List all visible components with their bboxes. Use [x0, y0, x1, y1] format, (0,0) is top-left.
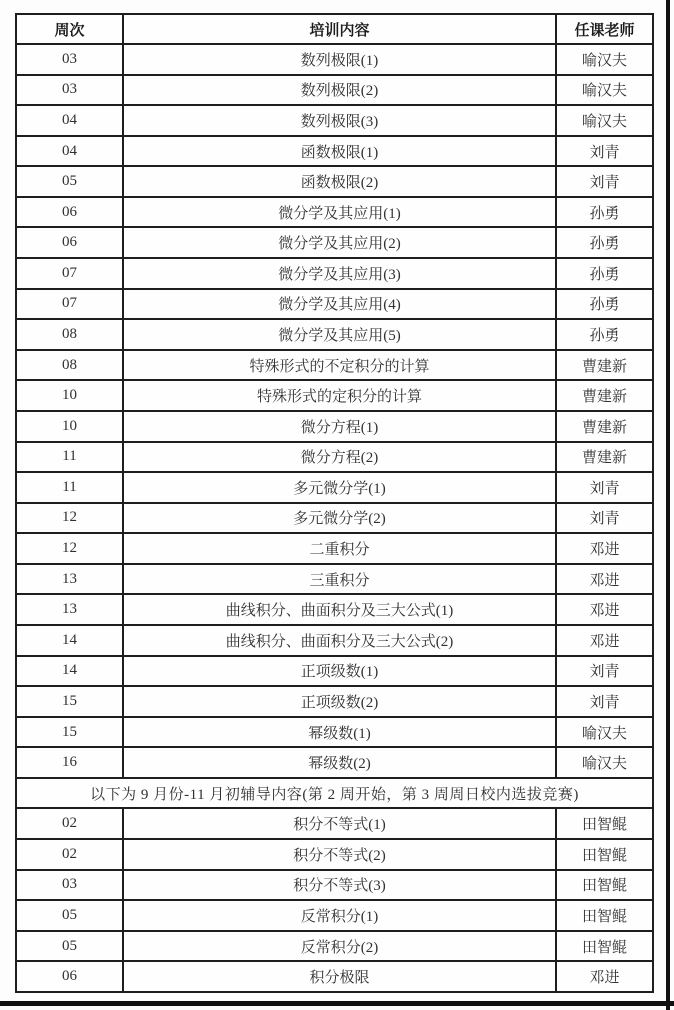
content-cell: 微分方程(1) — [123, 411, 556, 442]
content-cell: 反常积分(2) — [123, 931, 556, 962]
content-cell: 正项级数(1) — [123, 656, 556, 687]
week-cell: 13 — [16, 564, 123, 595]
content-cell: 微分学及其应用(3) — [123, 258, 556, 289]
week-cell: 13 — [16, 594, 123, 625]
teacher-cell: 刘青 — [556, 503, 653, 534]
table-row: 16幂级数(2)喻汉夫 — [16, 747, 653, 778]
schedule-table-body: 03数列极限(1)喻汉夫03数列极限(2)喻汉夫04数列极限(3)喻汉夫04函数… — [16, 44, 653, 992]
scanned-schedule-page: 周次 培训内容 任课老师 03数列极限(1)喻汉夫03数列极限(2)喻汉夫04数… — [0, 0, 674, 1010]
teacher-cell: 邓进 — [556, 625, 653, 656]
content-cell: 多元微分学(1) — [123, 472, 556, 503]
table-row: 11微分方程(2)曹建新 — [16, 442, 653, 473]
week-cell: 03 — [16, 75, 123, 106]
content-cell: 反常积分(1) — [123, 900, 556, 931]
teacher-cell: 刘青 — [556, 686, 653, 717]
table-row: 14曲线积分、曲面积分及三大公式(2)邓进 — [16, 625, 653, 656]
teacher-cell: 田智鲲 — [556, 808, 653, 839]
content-cell: 正项级数(2) — [123, 686, 556, 717]
week-cell: 06 — [16, 227, 123, 258]
teacher-cell: 喻汉夫 — [556, 44, 653, 75]
teacher-cell: 邓进 — [556, 961, 653, 992]
table-row: 06积分极限邓进 — [16, 961, 653, 992]
week-cell: 07 — [16, 289, 123, 320]
table-row: 12多元微分学(2)刘青 — [16, 503, 653, 534]
content-cell: 积分不等式(1) — [123, 808, 556, 839]
week-cell: 11 — [16, 472, 123, 503]
table-row: 03积分不等式(3)田智鲲 — [16, 870, 653, 901]
week-cell: 14 — [16, 625, 123, 656]
week-cell: 05 — [16, 166, 123, 197]
table-row: 13曲线积分、曲面积分及三大公式(1)邓进 — [16, 594, 653, 625]
table-row: 03数列极限(2)喻汉夫 — [16, 75, 653, 106]
week-cell: 06 — [16, 961, 123, 992]
week-cell: 12 — [16, 503, 123, 534]
content-cell: 数列极限(3) — [123, 105, 556, 136]
content-cell: 微分学及其应用(4) — [123, 289, 556, 320]
week-cell: 12 — [16, 533, 123, 564]
teacher-cell: 曹建新 — [556, 380, 653, 411]
table-row: 04函数极限(1)刘青 — [16, 136, 653, 167]
teacher-cell: 田智鲲 — [556, 870, 653, 901]
week-cell: 15 — [16, 686, 123, 717]
content-cell: 数列极限(1) — [123, 44, 556, 75]
teacher-cell: 喻汉夫 — [556, 747, 653, 778]
week-cell: 04 — [16, 136, 123, 167]
content-cell: 特殊形式的定积分的计算 — [123, 380, 556, 411]
table-row: 15幂级数(1)喻汉夫 — [16, 717, 653, 748]
section-note-text: 以下为 9 月份-11 月初辅导内容(第 2 周开始，第 3 周周日校内选拔竞赛… — [16, 778, 653, 809]
content-cell: 二重积分 — [123, 533, 556, 564]
week-cell: 11 — [16, 442, 123, 473]
table-row: 04数列极限(3)喻汉夫 — [16, 105, 653, 136]
week-cell: 02 — [16, 839, 123, 870]
content-cell: 微分学及其应用(5) — [123, 319, 556, 350]
table-row: 02积分不等式(2)田智鲲 — [16, 839, 653, 870]
teacher-cell: 邓进 — [556, 594, 653, 625]
table-row: 07微分学及其应用(3)孙勇 — [16, 258, 653, 289]
week-cell: 10 — [16, 411, 123, 442]
page-edge-right-line — [666, 0, 670, 1010]
content-cell: 微分方程(2) — [123, 442, 556, 473]
header-row: 周次 培训内容 任课老师 — [16, 14, 653, 44]
content-cell: 特殊形式的不定积分的计算 — [123, 350, 556, 381]
content-cell: 积分不等式(2) — [123, 839, 556, 870]
teacher-cell: 刘青 — [556, 472, 653, 503]
teacher-cell: 田智鲲 — [556, 900, 653, 931]
table-row: 13三重积分邓进 — [16, 564, 653, 595]
teacher-cell: 喻汉夫 — [556, 717, 653, 748]
week-cell: 15 — [16, 717, 123, 748]
table-row: 03数列极限(1)喻汉夫 — [16, 44, 653, 75]
table-row: 05函数极限(2)刘青 — [16, 166, 653, 197]
table-row: 07微分学及其应用(4)孙勇 — [16, 289, 653, 320]
content-cell: 多元微分学(2) — [123, 503, 556, 534]
table-row: 14正项级数(1)刘青 — [16, 656, 653, 687]
header-week: 周次 — [16, 14, 123, 44]
week-cell: 03 — [16, 44, 123, 75]
table-row: 02积分不等式(1)田智鲲 — [16, 808, 653, 839]
table-row: 06微分学及其应用(2)孙勇 — [16, 227, 653, 258]
teacher-cell: 田智鲲 — [556, 931, 653, 962]
content-cell: 曲线积分、曲面积分及三大公式(1) — [123, 594, 556, 625]
teacher-cell: 邓进 — [556, 564, 653, 595]
teacher-cell: 孙勇 — [556, 197, 653, 228]
table-row: 15正项级数(2)刘青 — [16, 686, 653, 717]
table-row: 10特殊形式的定积分的计算曹建新 — [16, 380, 653, 411]
table-row: 12二重积分邓进 — [16, 533, 653, 564]
week-cell: 16 — [16, 747, 123, 778]
schedule-table-header: 周次 培训内容 任课老师 — [16, 14, 653, 44]
teacher-cell: 孙勇 — [556, 319, 653, 350]
teacher-cell: 刘青 — [556, 656, 653, 687]
week-cell: 06 — [16, 197, 123, 228]
content-cell: 积分极限 — [123, 961, 556, 992]
table-row: 05反常积分(2)田智鲲 — [16, 931, 653, 962]
week-cell: 03 — [16, 870, 123, 901]
week-cell: 08 — [16, 319, 123, 350]
content-cell: 积分不等式(3) — [123, 870, 556, 901]
table-row: 08微分学及其应用(5)孙勇 — [16, 319, 653, 350]
content-cell: 幂级数(1) — [123, 717, 556, 748]
content-cell: 三重积分 — [123, 564, 556, 595]
header-teacher: 任课老师 — [556, 14, 653, 44]
table-row: 06微分学及其应用(1)孙勇 — [16, 197, 653, 228]
content-cell: 函数极限(2) — [123, 166, 556, 197]
training-schedule-table: 周次 培训内容 任课老师 03数列极限(1)喻汉夫03数列极限(2)喻汉夫04数… — [15, 13, 654, 993]
week-cell: 02 — [16, 808, 123, 839]
teacher-cell: 喻汉夫 — [556, 75, 653, 106]
week-cell: 08 — [16, 350, 123, 381]
teacher-cell: 孙勇 — [556, 289, 653, 320]
teacher-cell: 曹建新 — [556, 350, 653, 381]
week-cell: 04 — [16, 105, 123, 136]
content-cell: 幂级数(2) — [123, 747, 556, 778]
teacher-cell: 孙勇 — [556, 227, 653, 258]
content-cell: 数列极限(2) — [123, 75, 556, 106]
content-cell: 微分学及其应用(2) — [123, 227, 556, 258]
teacher-cell: 曹建新 — [556, 411, 653, 442]
teacher-cell: 刘青 — [556, 136, 653, 167]
table-row: 05反常积分(1)田智鲲 — [16, 900, 653, 931]
teacher-cell: 曹建新 — [556, 442, 653, 473]
header-content: 培训内容 — [123, 14, 556, 44]
week-cell: 05 — [16, 931, 123, 962]
week-cell: 10 — [16, 380, 123, 411]
table-row: 11多元微分学(1)刘青 — [16, 472, 653, 503]
teacher-cell: 刘青 — [556, 166, 653, 197]
page-edge-bottom-line — [0, 1001, 674, 1006]
section-note-row: 以下为 9 月份-11 月初辅导内容(第 2 周开始，第 3 周周日校内选拔竞赛… — [16, 778, 653, 809]
week-cell: 05 — [16, 900, 123, 931]
content-cell: 函数极限(1) — [123, 136, 556, 167]
week-cell: 07 — [16, 258, 123, 289]
week-cell: 14 — [16, 656, 123, 687]
teacher-cell: 孙勇 — [556, 258, 653, 289]
teacher-cell: 邓进 — [556, 533, 653, 564]
teacher-cell: 田智鲲 — [556, 839, 653, 870]
content-cell: 曲线积分、曲面积分及三大公式(2) — [123, 625, 556, 656]
teacher-cell: 喻汉夫 — [556, 105, 653, 136]
content-cell: 微分学及其应用(1) — [123, 197, 556, 228]
table-row: 08特殊形式的不定积分的计算曹建新 — [16, 350, 653, 381]
table-row: 10微分方程(1)曹建新 — [16, 411, 653, 442]
